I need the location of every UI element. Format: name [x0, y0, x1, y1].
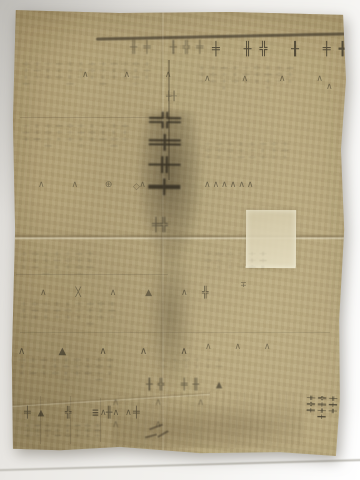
right-margin-chevron: ∧ — [326, 82, 333, 92]
bottom-heading-glyphs: ╂╬ ╪╫ ▲ — [146, 378, 227, 391]
chevron-zigzag-marks-2-right: ∧∧∧∧∧∧ — [204, 180, 256, 190]
faded-column-block-3-left: ╪≡╂ ╂╪╬┼ ┼╬╪ ╪╂≡ ≡╪┼╂ ╬╪╂ ╪┼≡ — [18, 252, 95, 288]
aged-paper-sheet: ╫╪ ╂╬╪ ╪ ╫╬ ╂ ╪╋ ╪╂≡ ╬≡╂┼ ┼╪∓ ╫≡╪ ╪┼≡╂ ╂… — [0, 0, 360, 480]
title-lower-glyphs: ╪╬ — [152, 218, 168, 233]
handwritten-colophon: ╪╂╪ ╬╫╪╂ ╪╬╫ — [303, 395, 338, 448]
photo-scene: ╫╪ ╂╬╪ ╪ ╫╬ ╂ ╪╋ ╪╂≡ ╬≡╂┼ ┼╪∓ ╫≡╪ ╪┼≡╂ ╂… — [0, 0, 360, 480]
bold-mark-3-right: ╬ — [202, 286, 209, 299]
chevron-marks-3-left: ∧ ╳ ∧ ▲ ∧ — [40, 288, 201, 298]
faded-column-block-4-bottom: ╪╂┼ ╬╪≡ ╂┼╪ ╪≡╬ ┼╪╂ ╪╬≡ ╂╪┼ ≡┼╪ — [22, 424, 102, 446]
chevron-marks-1-left: ∧ ∧ ∧ — [82, 70, 187, 80]
glyphs-above-title: ╪╂ — [166, 92, 177, 102]
landscape-illustration: ∧ ∧ ∧ ∧ ∧ — [112, 392, 304, 448]
faded-column-block-4-left: ╂╪≡ ╪╬┼╂ ≡╪╂ ╬┼╪ ╪╂≡┼ ┼╪╬ ╂≡╪ ╪┼╂ ╬╪≡ — [16, 358, 115, 402]
paper-shadow-wrap: ╫╪ ╂╬╪ ╪ ╫╬ ╂ ╪╋ ╪╂≡ ╬≡╂┼ ┼╪∓ ╫≡╪ ╪┼≡╂ ╂… — [0, 0, 360, 480]
chevron-marks-4-left: ∧ ▲ ∧ ∧ ∧ — [18, 346, 203, 357]
small-mark-3-right: ∓ — [240, 280, 247, 289]
faded-column-block-3b-left: ╪╂┼ ╬≡╪ ╂╪┼╬ ╪┼≡ ≡╬╪ ╪╂┼ ┼╪≡ ╬╂╪ ╪≡┼ — [18, 302, 117, 344]
chevron-marks-3-right: ∧ ∧ ∧ — [205, 342, 280, 352]
heading-left-glyphs: ╫╪ ╂╬╪ — [130, 40, 209, 54]
faded-column-block-2-left: ╂╪┼ ╪≡╬╂ ┼╪╂ ≡╬╪ ╪╂≡┼ ╬┼╪ ╂╪≡ ╪╬┼╂ ≡╪╂ ┼… — [20, 124, 130, 216]
chevron-marks-1-right: ∧ ∧ ∧ ∧ — [204, 74, 337, 84]
faded-column-block-3-right: ╪╂≡ ┼╪╬ ╪≡╂ ╬┼╪ ╂╪≡ ╪╬┼ — [202, 252, 268, 348]
left-edge-column: ╂≡╪┼╬≡╂╪ — [3, 95, 10, 365]
heading-right-glyphs: ╪ ╫╬ ╂ ╪╋ — [212, 42, 354, 57]
